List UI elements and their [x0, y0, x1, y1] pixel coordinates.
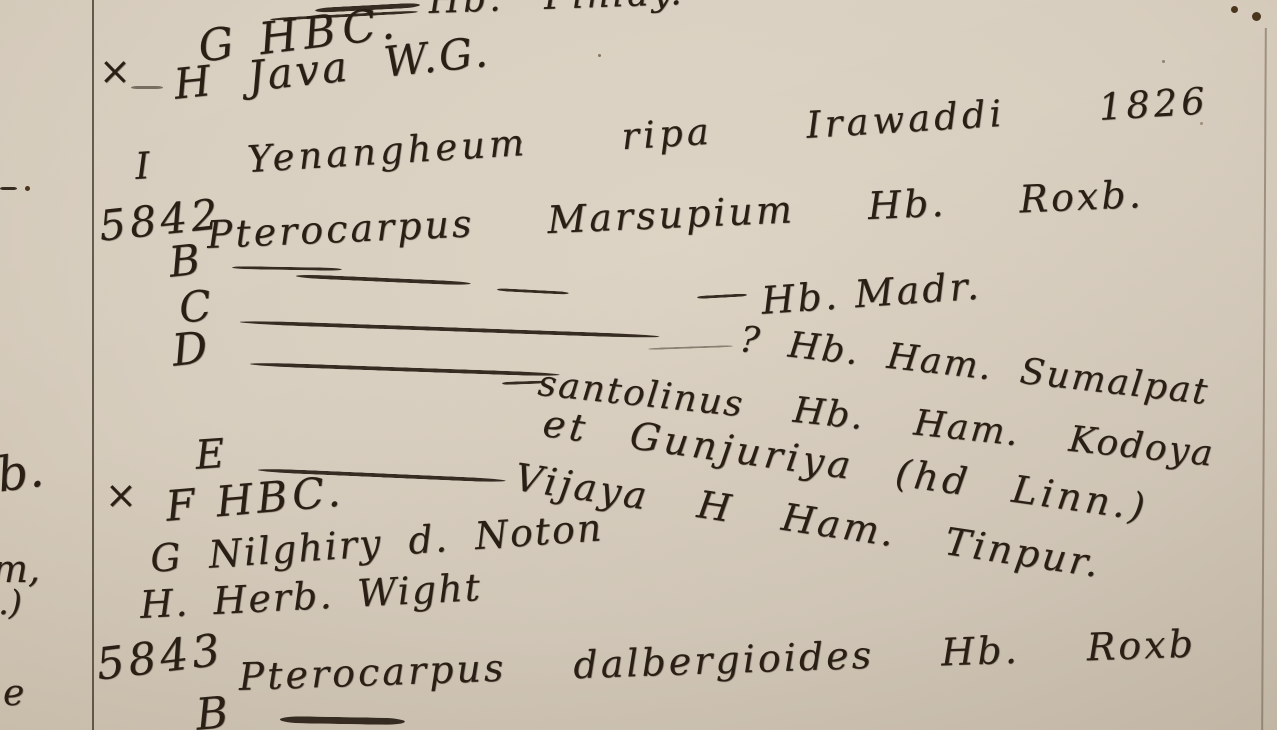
species-name-5843: Pterocarpus dalbergioides Hb. Roxb [238, 625, 1196, 696]
margin-dot [25, 186, 30, 191]
ink-speck [1231, 6, 1238, 13]
margin-cross-dash [131, 86, 163, 89]
margin-dash [0, 187, 17, 190]
margin-cross: × [99, 52, 131, 90]
margin-cross: × [105, 476, 137, 514]
ditto-line [240, 320, 660, 339]
marginal-fragment: .) [0, 586, 22, 620]
series-label-d: D [170, 326, 210, 373]
series-label-e: E [194, 434, 226, 476]
ditto-line [497, 288, 569, 295]
column-rule [92, 0, 94, 730]
ink-speck [1162, 60, 1165, 63]
entry-number-5842: 5842 [97, 193, 224, 248]
series-row-f: F HBC. [164, 470, 346, 527]
ditto-line [250, 362, 560, 377]
ink-speck [1252, 12, 1261, 21]
ditto-line [296, 274, 471, 286]
species-name-5842: Pterocarpus Marsupium Hb. Roxb. [206, 175, 1144, 254]
series-label-b2: B [194, 691, 230, 730]
ditto-line [648, 345, 733, 350]
page-edge [1261, 28, 1267, 730]
manuscript-page: b. m, .) e Hb. Finlay. G HBC. × H Java W… [0, 0, 1277, 730]
ink-speck [598, 54, 601, 57]
entry-number-5843: 5843 [94, 628, 226, 687]
series-row-i: I Yenangheum ripa Irawaddi 1826 [134, 82, 1210, 185]
marginal-fragment: b. [0, 446, 46, 500]
herbarium-ref-c: Hb. Madr. [760, 267, 983, 320]
ditto-line [697, 293, 747, 299]
series-label-b: B [167, 239, 202, 284]
ditto-line [280, 716, 405, 725]
ditto-line [232, 266, 342, 271]
marginal-fragment: e [3, 676, 24, 712]
herbarium-ref-top: Hb. Finlay. [428, 0, 685, 20]
